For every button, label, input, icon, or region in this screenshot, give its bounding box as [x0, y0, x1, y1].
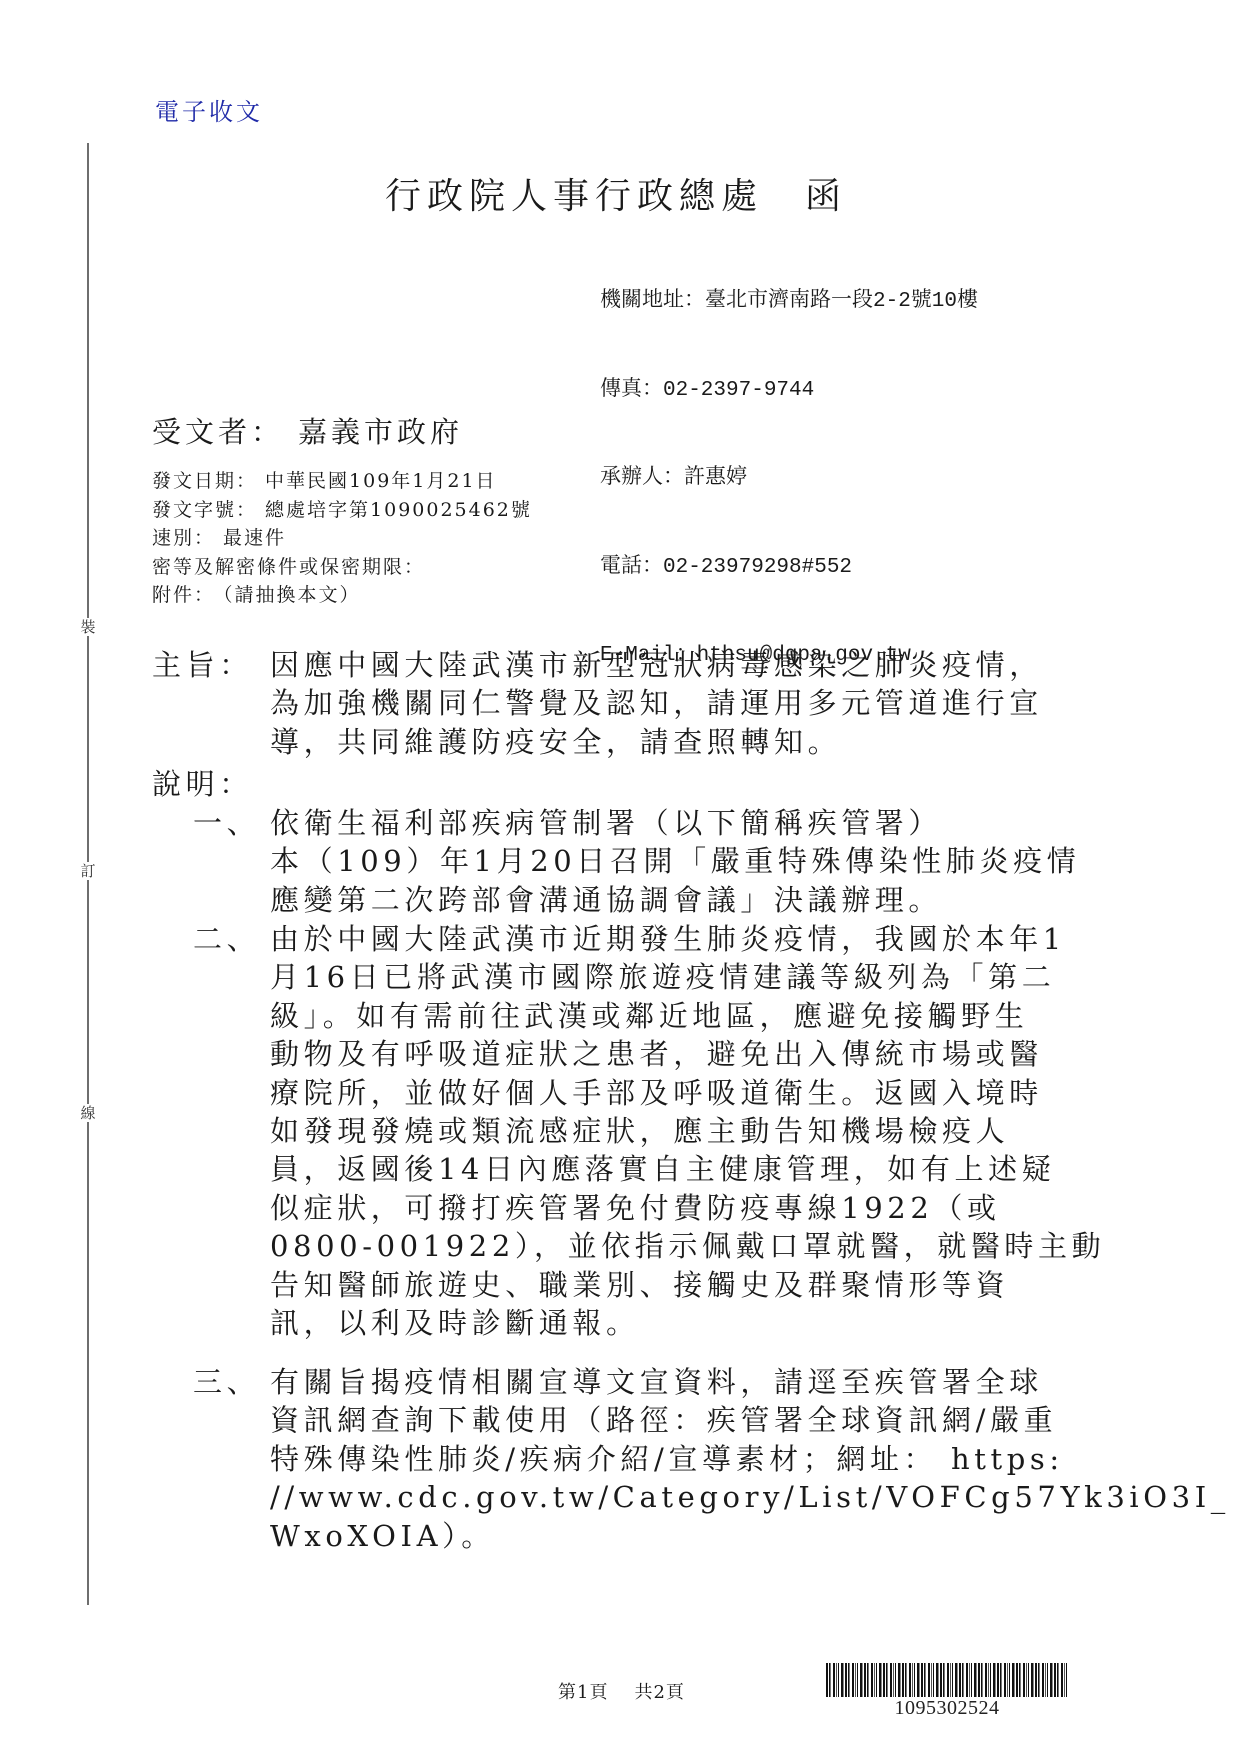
item-line: 訊，以利及時診斷通報。 — [270, 1304, 1090, 1342]
binding-mark-ding: 訂 — [79, 862, 97, 880]
current-page: 第1頁 — [558, 1682, 608, 1703]
item-number-3: 三、 — [193, 1363, 260, 1401]
explanation-item-3: 有關旨揭疫情相關宣導文宣資料，請逕至疾管署全球 資訊網查詢下載使用（路徑：疾管署… — [270, 1363, 1090, 1555]
item-line: 動物及有呼吸道症狀之患者，避免出入傳統市場或醫 — [270, 1035, 1090, 1073]
total-pages: 共2頁 — [634, 1682, 684, 1703]
binding-mark-zhuang: 裝 — [79, 618, 97, 636]
item-line: 告知醫師旅遊史、職業別、接觸史及群聚情形等資 — [270, 1266, 1090, 1304]
issue-date: 發文日期：中華民國109年1月21日 — [152, 467, 532, 496]
explanation-label: 說明： — [152, 765, 253, 803]
recipient: 受文者：嘉義市政府 — [152, 410, 463, 451]
item-line: 如發現發燒或類流感症狀，應主動告知機場檢疫人 — [270, 1112, 1090, 1150]
attachment-value: （請抽換本文） — [223, 584, 361, 606]
item-line: 資訊網查詢下載使用（路徑：疾管署全球資訊網/嚴重 — [270, 1401, 1090, 1439]
document-type: 函 — [805, 176, 847, 217]
cdc-url-line: //www.cdc.gov.tw/Category/List/VOFCg57Yk… — [270, 1478, 1090, 1516]
item-line: 由於中國大陸武漢市近期發生肺炎疫情，我國於本年1 — [270, 920, 1090, 958]
document-number: 發文字號：總處培字第1090025462號 — [152, 496, 532, 525]
item-line: 療院所，並做好個人手部及呼吸道衛生。返國入境時 — [270, 1074, 1090, 1112]
handler-name: 承辦人：許惠婷 — [600, 464, 978, 494]
explanation-item-1: 依衛生福利部疾病管制署（以下簡稱疾管署） 本（109）年1月20日召開「嚴重特殊… — [270, 804, 1090, 919]
document-number-value: 總處培字第1090025462號 — [265, 499, 532, 521]
urgency-value: 最速件 — [223, 527, 286, 549]
contact-info: 機關地址：臺北市濟南路一段2-2號10樓 傳真：02-2397-9744 承辦人… — [600, 228, 978, 700]
document-number-label: 發文字號： — [152, 499, 257, 521]
document-meta: 發文日期：中華民國109年1月21日 發文字號：總處培字第1090025462號… — [152, 467, 532, 610]
issue-date-value: 中華民國109年1月21日 — [265, 470, 497, 492]
subject-label: 主旨： — [152, 646, 253, 684]
item-line: 0800-001922），並依指示佩戴口罩就醫，就醫時主動 — [270, 1227, 1090, 1265]
classification: 密等及解密條件或保密期限： — [152, 553, 532, 582]
item-line: 有關旨揭疫情相關宣導文宣資料，請逕至疾管署全球 — [270, 1363, 1090, 1401]
item-line: 特殊傳染性肺炎/疾病介紹/宣導素材；網址： https: — [270, 1440, 1090, 1478]
agency-address: 機關地址：臺北市濟南路一段2-2號10樓 — [600, 287, 978, 317]
recipient-label: 受文者： — [152, 415, 284, 449]
classification-label: 密等及解密條件或保密期限： — [152, 556, 425, 578]
item-line: 本（109）年1月20日召開「嚴重特殊傳染性肺炎疫情 — [270, 842, 1090, 880]
item-line: 似症狀，可撥打疾管署免付費防疫專線1922（或 — [270, 1189, 1090, 1227]
subject-text: 因應中國大陸武漢市新型冠狀病毒感染之肺炎疫情， 為加強機關同仁警覺及認知，請運用… — [270, 646, 1090, 761]
barcode-icon — [826, 1663, 1068, 1697]
phone-number: 電話：02-23979298#552 — [600, 553, 978, 583]
barcode-number: 1095302524 — [826, 1697, 1068, 1720]
item-line: 依衛生福利部疾病管制署（以下簡稱疾管署） — [270, 804, 1090, 842]
binding-mark-xian: 線 — [79, 1104, 97, 1122]
fax-number: 傳真：02-2397-9744 — [600, 376, 978, 406]
item-line: 月16日已將武漢市國際旅遊疫情建議等級列為「第二 — [270, 958, 1090, 996]
item-number-2: 二、 — [193, 920, 260, 958]
attachment: 附件：（請抽換本文） — [152, 581, 532, 610]
item-line: 級」。如有需前往武漢或鄰近地區，應避免接觸野生 — [270, 997, 1090, 1035]
item-line: 員，返國後14日內應落實自主健康管理，如有上述疑 — [270, 1150, 1090, 1188]
subject-line: 為加強機關同仁警覺及認知，請運用多元管道進行宣 — [270, 684, 1090, 722]
subject-line: 導，共同維護防疫安全，請查照轉知。 — [270, 723, 1090, 761]
explanation-item-2: 由於中國大陸武漢市近期發生肺炎疫情，我國於本年1 月16日已將武漢市國際旅遊疫情… — [270, 920, 1090, 1342]
recipient-value: 嘉義市政府 — [298, 415, 463, 449]
document-title: 行政院人事行政總處函 — [385, 168, 847, 219]
urgency: 速別：最速件 — [152, 524, 532, 553]
cdc-url-line: WxoXOIA）。 — [270, 1517, 1090, 1555]
item-line: 應變第二次跨部會溝通協調會議」決議辦理。 — [270, 881, 1090, 919]
item-number-1: 一、 — [193, 804, 260, 842]
page-indicator: 第1頁共2頁 — [558, 1678, 685, 1704]
electronic-receipt-stamp: 電子收文 — [155, 92, 263, 127]
issuing-agency: 行政院人事行政總處 — [385, 176, 763, 217]
urgency-label: 速別： — [152, 527, 215, 549]
issue-date-label: 發文日期： — [152, 470, 257, 492]
subject-line: 因應中國大陸武漢市新型冠狀病毒感染之肺炎疫情， — [270, 646, 1090, 684]
attachment-label: 附件： — [152, 584, 215, 606]
